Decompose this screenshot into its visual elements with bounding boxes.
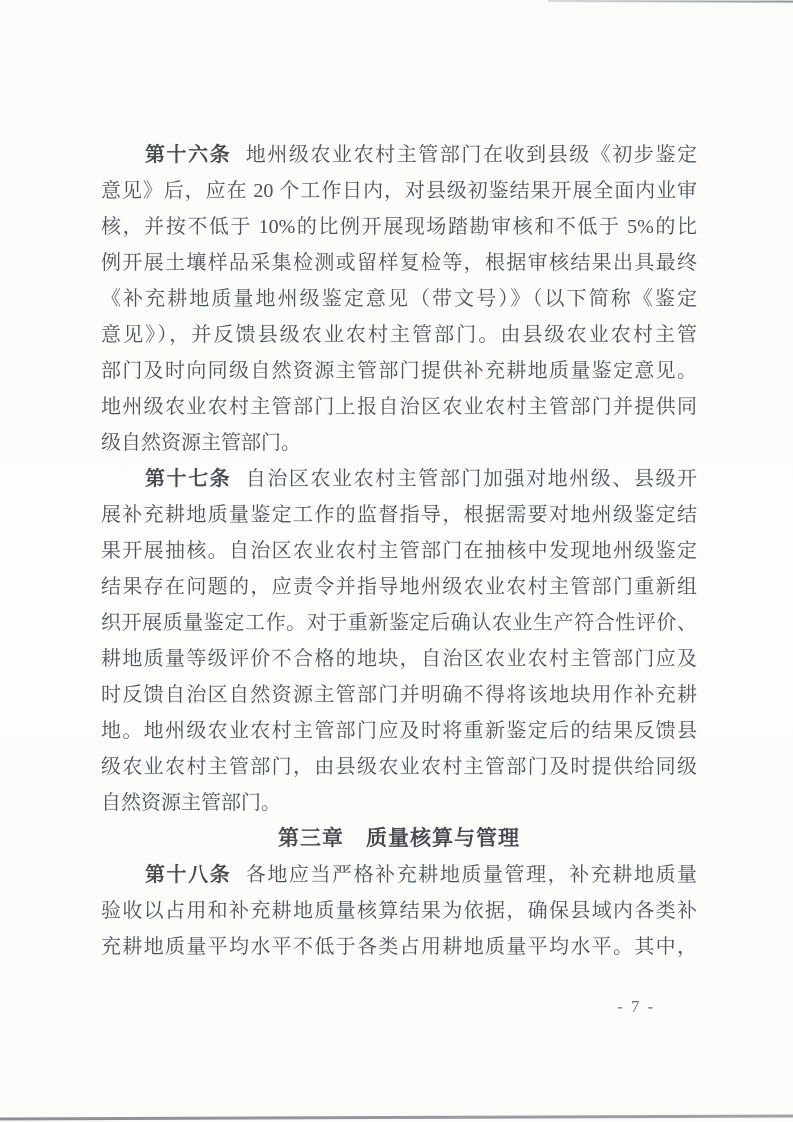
clause-18-line-2: 验收以占用和补充耕地质量核算结果为依据，确保县域内各类补 [101,893,697,929]
clause-16-line-9: 级自然资源主管部门。 [101,425,697,461]
clause-18-paragraph: 第十八条各地应当严格补充耕地质量管理，补充耕地质量 验收以占用和补充耕地质量核算… [101,857,697,965]
clause-16-line-6: 意见》），并反馈县级农业农村主管部门。由县级农业农村主管 [101,317,697,353]
chapter-3-heading: 第三章 质量核算与管理 [101,821,697,857]
clause-16-term: 第十六条 [145,144,231,166]
document-body: 第十六条地州级农业农村主管部门在收到县级《初步鉴定 意见》后，应在 20 个工作… [101,137,697,965]
clause-17-line-7: 时反馈自治区自然资源主管部门并明确不得将该地块用作补充耕 [101,677,697,713]
clause-16-line-8: 地州级农业农村主管部门上报自治区农业农村主管部门并提供同 [101,389,697,425]
clause-17-line-4: 结果存在问题的，应责令并指导地州级农业农村主管部门重新组 [101,569,697,605]
clause-16-line-2: 意见》后，应在 20 个工作日内，对县级初鉴结果开展全面内业审 [101,173,697,209]
scan-artifact-bottom-edge [0,1114,793,1120]
clause-17-line-5: 织开展质量鉴定工作。对于重新鉴定后确认农业生产符合性评价、 [101,605,697,641]
clause-17-line-1-text: 自治区农业农村主管部门加强对地州级、县级开 [244,468,697,490]
clause-16-line-1: 第十六条地州级农业农村主管部门在收到县级《初步鉴定 [101,137,697,173]
page-number: - 7 - [617,995,655,1019]
clause-16-line-3: 核，并按不低于 10%的比例开展现场踏勘审核和不低于 5%的比 [101,209,697,245]
clause-18-term: 第十八条 [145,864,231,886]
clause-17-line-6: 耕地质量等级评价不合格的地块，自治区农业农村主管部门应及 [101,641,697,677]
scan-artifact-top-edge [548,0,793,3]
clause-16-line-7: 部门及时向同级自然资源主管部门提供补充耕地质量鉴定意见。 [101,353,697,389]
clause-18-line-1-text: 各地应当严格补充耕地质量管理，补充耕地质量 [244,864,697,886]
clause-16-line-4: 例开展土壤样品采集检测或留样复检等，根据审核结果出具最终 [101,245,697,281]
clause-17-line-1: 第十七条自治区农业农村主管部门加强对地州级、县级开 [101,461,697,497]
clause-17-line-10: 自然资源主管部门。 [101,785,697,821]
clause-17-paragraph: 第十七条自治区农业农村主管部门加强对地州级、县级开 展补充耕地质量鉴定工作的监督… [101,461,697,821]
clause-16-line-5: 《补充耕地质量地州级鉴定意见（带文号）》（以下简称《鉴定 [101,281,697,317]
clause-18-line-1: 第十八条各地应当严格补充耕地质量管理，补充耕地质量 [101,857,697,893]
clause-16-line-1-text: 地州级农业农村主管部门在收到县级《初步鉴定 [244,144,697,166]
clause-17-line-8: 地。地州级农业农村主管部门应及时将重新鉴定后的结果反馈县 [101,713,697,749]
clause-18-line-3: 充耕地质量平均水平不低于各类占用耕地质量平均水平。其中， [101,929,697,965]
scanned-document-page: 第十六条地州级农业农村主管部门在收到县级《初步鉴定 意见》后，应在 20 个工作… [0,0,793,1122]
clause-17-line-2: 展补充耕地质量鉴定工作的监督指导，根据需要对地州级鉴定结 [101,497,697,533]
clause-16-paragraph: 第十六条地州级农业农村主管部门在收到县级《初步鉴定 意见》后，应在 20 个工作… [101,137,697,461]
clause-17-line-9: 级农业农村主管部门，由县级农业农村主管部门及时提供给同级 [101,749,697,785]
clause-17-line-3: 果开展抽核。自治区农业农村主管部门在抽核中发现地州级鉴定 [101,533,697,569]
clause-17-term: 第十七条 [145,468,231,490]
